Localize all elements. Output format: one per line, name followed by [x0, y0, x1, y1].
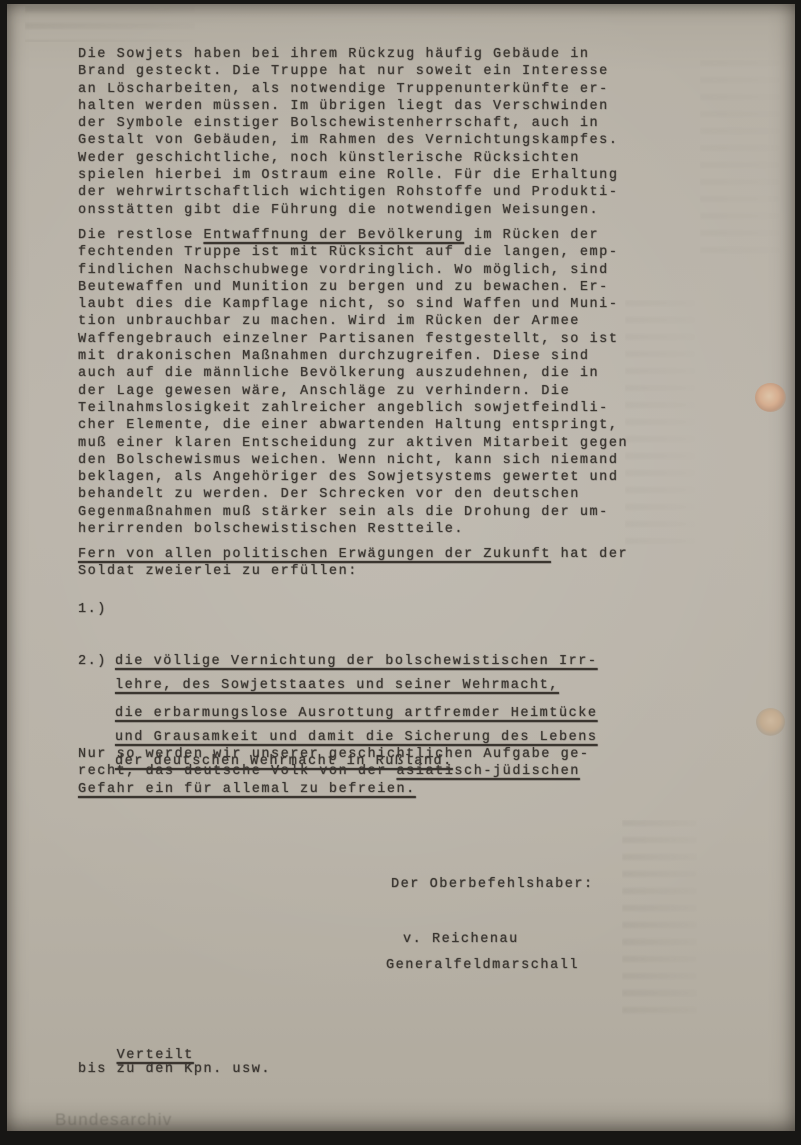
- bleed-through-smudge: [700, 60, 780, 260]
- paragraph-soldier-duties-intro: Fern von allen politischen Erwägungen de…: [78, 546, 628, 581]
- text-line: halten werden müssen. Im übrigen liegt d…: [78, 98, 618, 115]
- text-line: spielen hierbei im Ostraum eine Rolle. F…: [78, 167, 618, 184]
- text-line: recht, das deutsche Volk von der asiatis…: [78, 763, 590, 780]
- scanned-document-page: Die Sowjets haben bei ihrem Rückzug häuf…: [0, 0, 801, 1145]
- text-line: der Lage gewesen wäre, Anschläge zu verh…: [78, 383, 628, 400]
- list-marker-1: 1.): [78, 601, 107, 618]
- text-line: die erbarmungslose Ausrottung artfremder…: [115, 702, 598, 726]
- text-line: onsstätten gibt die Führung die notwendi…: [78, 202, 618, 219]
- bleed-through-smudge: [25, 6, 195, 42]
- distribution-note: bis zu den Kpn. usw.: [78, 1061, 271, 1078]
- signature-rank: Generalfeldmarschall: [386, 957, 579, 974]
- text-line: Nur so werden wir unserer geschichtliche…: [78, 746, 590, 763]
- text-line: der wehrwirtschaftlich wichtigen Rohstof…: [78, 184, 618, 201]
- signature-name: v. Reichenau: [403, 931, 519, 948]
- text-line: tion unbrauchbar zu machen. Wird im Rück…: [78, 313, 628, 330]
- bleed-through-smudge: [625, 300, 695, 550]
- bleed-through-smudge: [622, 820, 697, 1020]
- text-line: Die restlose Entwaffnung der Bevölkerung…: [78, 227, 628, 244]
- rust-stain: [755, 383, 786, 412]
- text-line: Soldat zweierlei zu erfüllen:: [78, 563, 628, 580]
- text-line: Brand gesteckt. Die Truppe hat nur sowei…: [78, 63, 618, 80]
- text-line: fechtenden Truppe ist mit Rücksicht auf …: [78, 244, 628, 261]
- text-line: laubt dies die Kampflage nicht, so sind …: [78, 296, 628, 313]
- text-line: findlichen Nachschubwege vordringlich. W…: [78, 262, 628, 279]
- text-line: den Bolschewismus weichen. Wenn nicht, k…: [78, 452, 628, 469]
- text-line: muß einer klaren Entscheidung zur aktive…: [78, 435, 628, 452]
- text-line: Beutewaffen und Munition zu bergen und z…: [78, 279, 628, 296]
- text-line: Weder geschichtliche, noch künstlerische…: [78, 150, 618, 167]
- text-line: an Löscharbeiten, als notwendige Truppen…: [78, 81, 618, 98]
- text-line: Teilnahmslosigkeit zahlreicher angeblich…: [78, 400, 628, 417]
- text-line: Fern von allen politischen Erwägungen de…: [78, 546, 628, 563]
- text-line: herirrenden bolschewistischen Restteile.: [78, 521, 628, 538]
- text-line: der Symbole einstiger Bolschewistenherrs…: [78, 115, 618, 132]
- text-line: Die Sowjets haben bei ihrem Rückzug häuf…: [78, 46, 618, 63]
- text-line: Waffengebrauch einzelner Partisanen fest…: [78, 331, 628, 348]
- bundesarchiv-watermark: Bundesarchiv: [55, 1110, 172, 1130]
- text-line: behandelt zu werden. Der Schrecken vor d…: [78, 486, 628, 503]
- text-line: cher Elemente, die einer abwartenden Hal…: [78, 417, 628, 434]
- paragraph-burning-buildings: Die Sowjets haben bei ihrem Rückzug häuf…: [78, 46, 618, 219]
- paragraph-historic-task: Nur so werden wir unserer geschichtliche…: [78, 746, 590, 798]
- text-line: mit drakonischen Maßnahmen durchzugreife…: [78, 348, 628, 365]
- text-line: beklagen, als Angehöriger des Sowjetsyst…: [78, 469, 628, 486]
- text-line: Gestalt von Gebäuden, im Rahmen des Vern…: [78, 132, 618, 149]
- list-marker-2: 2.): [78, 653, 107, 670]
- text-line: Gefahr ein für allemal zu befreien.: [78, 781, 590, 798]
- signature-role: Der Oberbefehlshaber:: [391, 876, 594, 893]
- text-line: auch auf die männliche Bevölkerung auszu…: [78, 365, 628, 382]
- paragraph-disarmament: Die restlose Entwaffnung der Bevölkerung…: [78, 227, 628, 538]
- rust-stain: [756, 708, 785, 736]
- text-line: Gegenmaßnahmen muß stärker sein als die …: [78, 504, 628, 521]
